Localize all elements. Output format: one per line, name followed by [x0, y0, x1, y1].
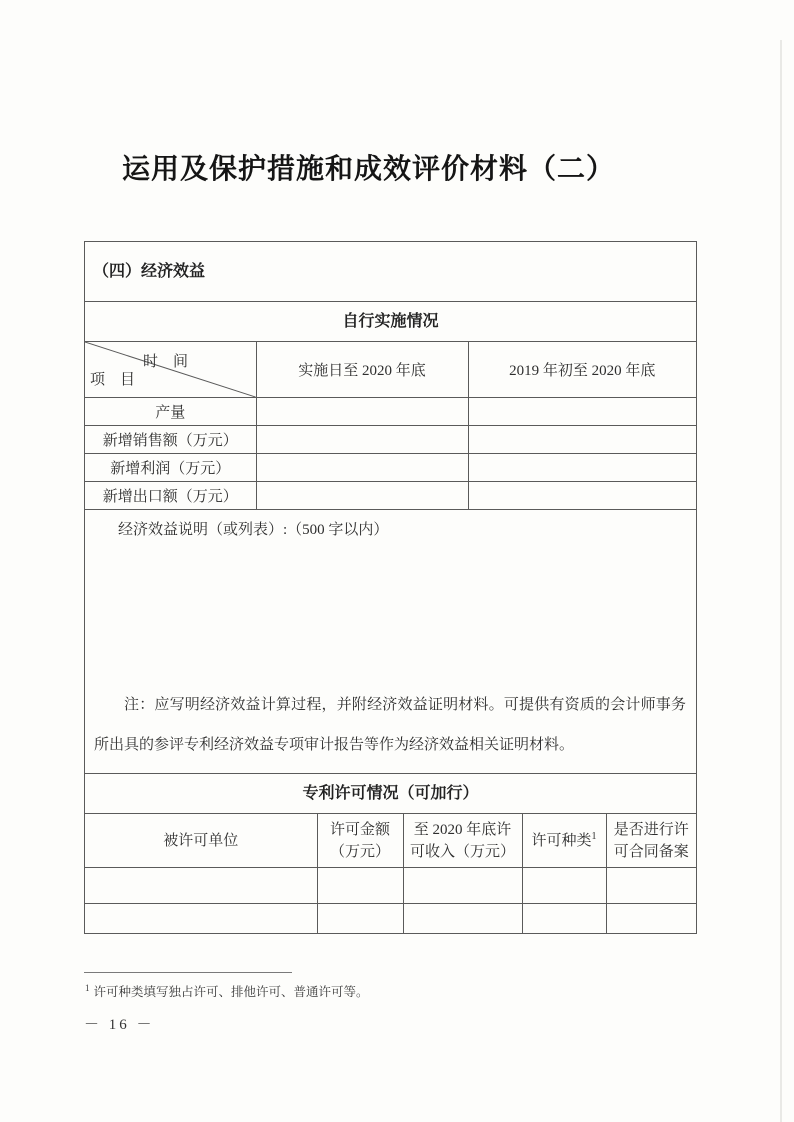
page-number: － 16 －: [84, 1013, 155, 1034]
self-implementation-header: 自行实施情况: [85, 302, 696, 342]
contract-filing-cell: [606, 904, 696, 934]
column-header-licensee: 被许可单位: [85, 814, 317, 868]
patent-license-header: 专利许可情况（可加行）: [85, 774, 696, 814]
new-sales-value-cell-1: [256, 426, 468, 454]
column-header-license-income: 至 2020 年底许可收入（万元）: [403, 814, 522, 868]
new-export-value-cell-2: [468, 482, 696, 510]
time-axis-label: 时 间: [143, 350, 188, 371]
license-header-row: 被许可单位 许可金额（万元） 至 2020 年底许可收入（万元） 许可种类1 是…: [85, 814, 696, 868]
footnote-text: 许可种类填写独占许可、排他许可、普通许可等。: [94, 985, 369, 999]
license-amount-cell: [317, 868, 403, 904]
footnote-divider: [84, 972, 292, 973]
footnote-marker: 1: [85, 983, 90, 993]
page-title: 运用及保护措施和成效评价材料（二）: [122, 147, 615, 187]
license-type-footnote-marker: 1: [592, 831, 597, 842]
economic-benefit-form-table: （四）经济效益 自行实施情况 时 间 项 目 实施日至 2020 年底 2019…: [84, 241, 697, 934]
license-income-cell: [403, 868, 522, 904]
column-header-license-amount: 许可金额（万元）: [317, 814, 403, 868]
licensee-cell: [85, 868, 317, 904]
license-type-cell: [522, 868, 606, 904]
item-axis-label: 项 目: [90, 368, 135, 389]
row-label-new-export: 新增出口额（万元）: [85, 482, 256, 510]
column-header-implementation-period: 实施日至 2020 年底: [256, 342, 468, 398]
row-label-new-profit: 新增利润（万元）: [85, 454, 256, 482]
table-row: 新增利润（万元）: [85, 454, 696, 482]
table-row: 新增出口额（万元）: [85, 482, 696, 510]
column-header-2019-period: 2019 年初至 2020 年底: [468, 342, 696, 398]
table-row: 产量: [85, 398, 696, 426]
self-implementation-table: 时 间 项 目 实施日至 2020 年底 2019 年初至 2020 年底 产量…: [85, 342, 696, 510]
output-value-cell-2: [468, 398, 696, 426]
document-page: 运用及保护措施和成效评价材料（二） （四）经济效益 自行实施情况 时 间 项 目…: [0, 0, 794, 1122]
column-header-contract-filing: 是否进行许可合同备案: [606, 814, 696, 868]
license-type-label: 许可种类: [531, 833, 591, 849]
license-row-1: [85, 868, 696, 904]
diagonal-header-cell: 时 间 项 目: [85, 342, 256, 398]
row-label-new-sales: 新增销售额（万元）: [85, 426, 256, 454]
row-label-output: 产量: [85, 398, 256, 426]
benefit-description-note: 注：应写明经济效益计算过程，并附经济效益证明材料。可提供有资质的会计师事务所出具…: [85, 685, 696, 773]
column-header-license-type: 许可种类1: [522, 814, 606, 868]
licensee-cell: [85, 904, 317, 934]
economic-benefit-description-cell: 经济效益说明（或列表）:（500 字以内） 注：应写明经济效益计算过程，并附经济…: [85, 510, 696, 774]
contract-filing-cell: [606, 868, 696, 904]
table-header-row: 时 间 项 目 实施日至 2020 年底 2019 年初至 2020 年底: [85, 342, 696, 398]
new-export-value-cell-1: [256, 482, 468, 510]
license-row-2: [85, 904, 696, 934]
output-value-cell-1: [256, 398, 468, 426]
table-row: 新增销售额（万元）: [85, 426, 696, 454]
section-label: （四）经济效益: [85, 242, 696, 302]
new-profit-value-cell-1: [256, 454, 468, 482]
license-type-cell: [522, 904, 606, 934]
benefit-description-prompt: 经济效益说明（或列表）:（500 字以内）: [85, 510, 696, 539]
patent-license-table: 被许可单位 许可金额（万元） 至 2020 年底许可收入（万元） 许可种类1 是…: [85, 814, 696, 933]
new-profit-value-cell-2: [468, 454, 696, 482]
license-amount-cell: [317, 904, 403, 934]
license-income-cell: [403, 904, 522, 934]
new-sales-value-cell-2: [468, 426, 696, 454]
footnote: 1许可种类填写独占许可、排他许可、普通许可等。: [85, 982, 369, 1000]
scan-page-edge: [780, 40, 782, 1122]
